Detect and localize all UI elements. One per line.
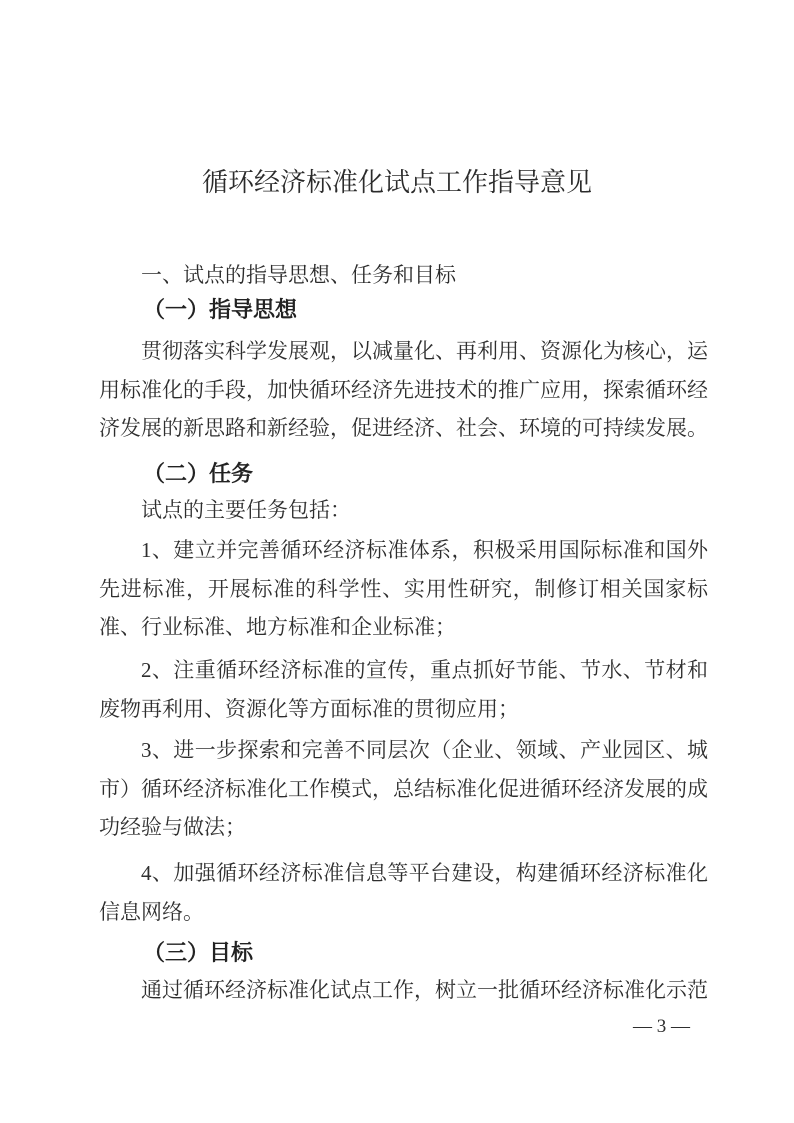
document-page: 循环经济标准化试点工作指导意见 一、试点的指导思想、任务和目标 （一）指导思想 … (0, 0, 794, 1123)
paragraph-goals: 通过循环经济标准化试点工作，树立一批循环经济标准化示范 (99, 971, 708, 1010)
page-number: — 3 — (633, 1016, 690, 1038)
section-heading-guidance-tasks-goals: 一、试点的指导思想、任务和目标 (99, 255, 708, 295)
subsection-heading-tasks: （二）任务 (99, 454, 708, 494)
paragraph-task-3: 3、进一步探索和完善不同层次（企业、领域、产业园区、城市）循环经济标准化工作模式… (99, 731, 708, 847)
paragraph-guiding-ideology: 贯彻落实科学发展观，以减量化、再利用、资源化为核心，运用标准化的手段，加快循环经… (99, 332, 708, 448)
paragraph-task-1: 1、建立并完善循环经济标准体系，积极采用国际标准和国外先进标准，开展标准的科学性… (99, 531, 708, 647)
subsection-heading-guiding-ideology: （一）指导思想 (99, 290, 708, 330)
document-title: 循环经济标准化试点工作指导意见 (0, 165, 794, 201)
paragraph-task-2: 2、注重循环经济标准的宣传，重点抓好节能、节水、节材和废物再利用、资源化等方面标… (99, 651, 708, 728)
paragraph-tasks-intro: 试点的主要任务包括： (99, 491, 708, 530)
paragraph-task-4: 4、加强循环经济标准信息等平台建设，构建循环经济标准化信息网络。 (99, 854, 708, 931)
subsection-heading-goals: （三）目标 (99, 933, 708, 973)
